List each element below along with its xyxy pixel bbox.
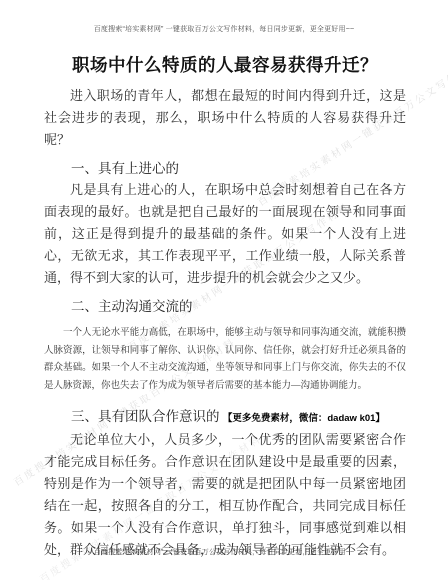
section-1-body: 凡是具有上进心的人，在职场中总会时刻想着自己在各方面表现的最好。也就是把自己最好…	[44, 179, 406, 289]
document-body: 职场中什么特质的人最容易获得升迁？ 进入职场的青年人，都想在最短的时间内得到升迁…	[44, 54, 406, 561]
document-page: 百度搜索“培实素材网” 一键获取百万公文写作材料，每日同步更新，更全更好用~~ …	[0, 0, 448, 580]
section-3-heading-text: 三、具有团队合作意识的	[71, 409, 220, 424]
section-2-heading: 二、主动沟通交流的	[44, 297, 406, 317]
page-title: 职场中什么特质的人最容易获得升迁？	[44, 54, 406, 77]
wechat-promo-badge: 【更多免费素材，微信：dadaw k01】	[223, 413, 385, 424]
section-3-body: 无论单位大小，人员多少，一个优秀的团队需要紧密合作才能完成目标任务。合作意识在团…	[44, 429, 406, 561]
intro-paragraph: 进入职场的青年人，都想在最短的时间内得到升迁，这是社会进步的表现，那么，职场中什…	[44, 85, 406, 151]
section-2-body: 一个人无论水平能力高低，在职场中，能够主动与领导和同事沟通交流，就能积攒人脉资源…	[44, 325, 406, 395]
header-promo-note: 百度搜索“培实素材网” 一键获取百万公文写作材料，每日同步更新，更全更好用~~	[0, 24, 448, 34]
section-1-heading: 一、具有上进心的	[44, 159, 406, 179]
section-3-heading: 三、具有团队合作意识的 【更多免费素材，微信：dadaw k01】	[44, 407, 406, 429]
footer-promo-note: 百度搜索“培实素材网” 一键获取百万公文写作材料，每日同步更新，更全更好用~~	[0, 547, 448, 557]
